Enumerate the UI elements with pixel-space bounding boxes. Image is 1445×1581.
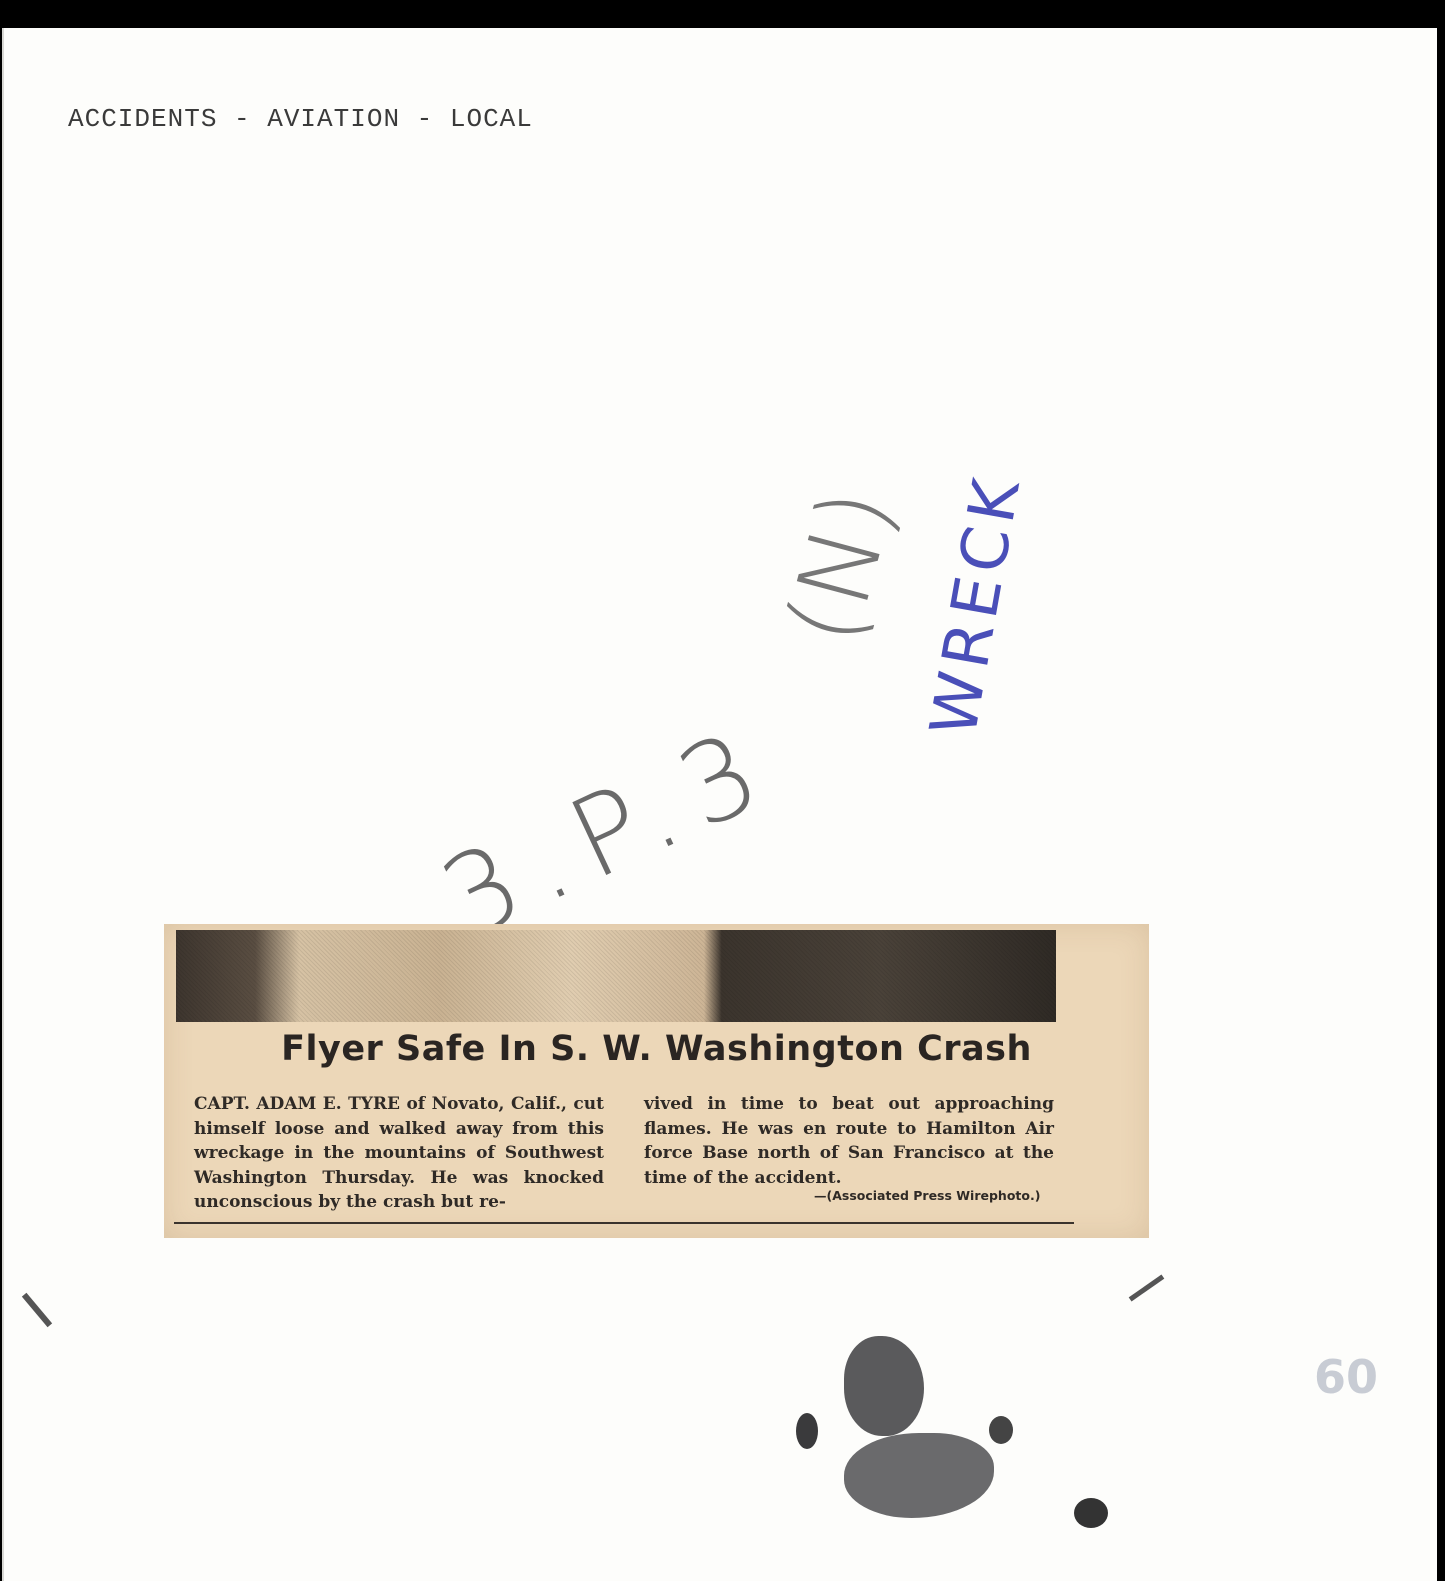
scratch-mark [22, 1293, 52, 1327]
clipping-headline: Flyer Safe In S. W. Washington Crash [164, 1029, 1149, 1069]
ink-stain [1074, 1498, 1108, 1528]
clipping-photo [176, 930, 1056, 1022]
clipping-column-right: vived in time to beat out approaching fl… [644, 1092, 1054, 1190]
scratch-mark [1129, 1274, 1165, 1301]
ink-stain [796, 1413, 818, 1449]
photo-credit: —(Associated Press Wirephoto.) [814, 1188, 1040, 1203]
ink-annotation-wreck: WRECK [917, 468, 1036, 742]
newspaper-clipping: Flyer Safe In S. W. Washington Crash CAP… [164, 924, 1149, 1238]
pencil-annotation-n: (N) [764, 478, 917, 656]
stamp-number: 60 [1314, 1350, 1378, 1404]
ink-stain [844, 1336, 924, 1436]
ink-stain [844, 1433, 994, 1518]
ink-stain [989, 1416, 1013, 1444]
clipping-column-left: CAPT. ADAM E. TYRE of Novato, Calif., cu… [194, 1092, 604, 1215]
photo-archive-sheet: ACCIDENTS - AVIATION - LOCAL (N) WRECK 3… [2, 28, 1437, 1581]
clipping-rule [174, 1222, 1074, 1224]
category-label: ACCIDENTS - AVIATION - LOCAL [68, 104, 533, 134]
